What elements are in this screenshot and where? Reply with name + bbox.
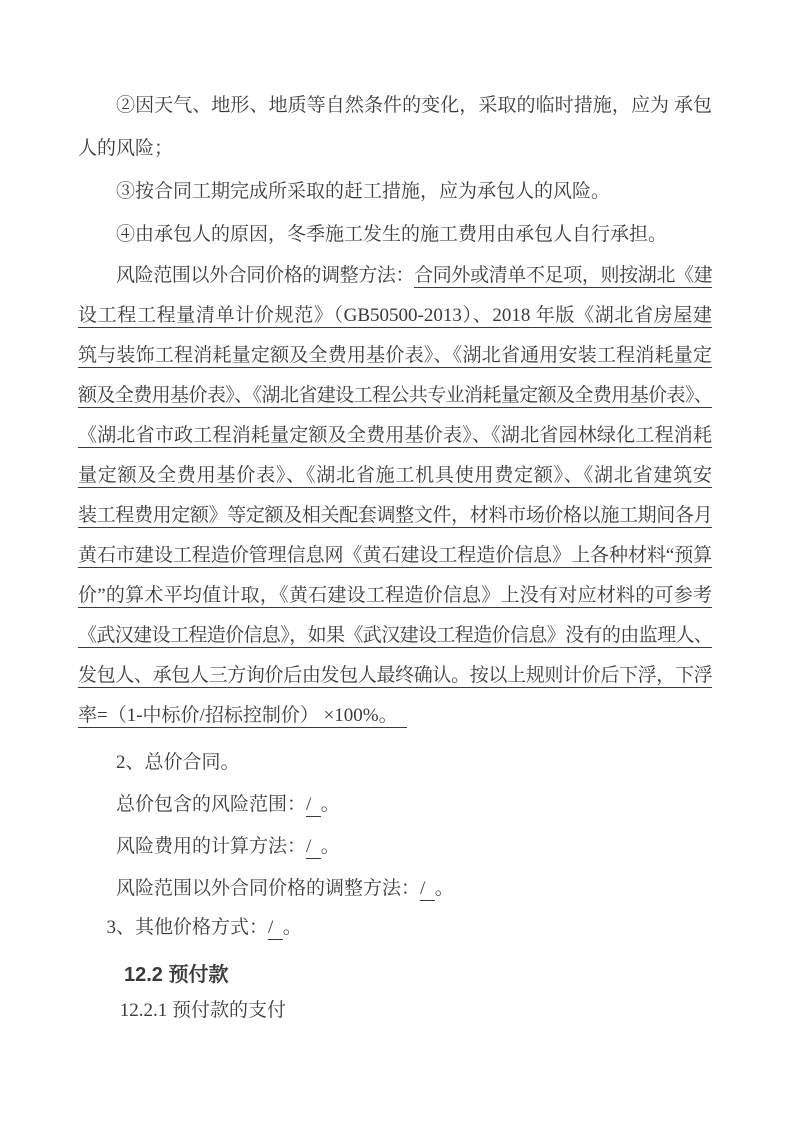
text-segment: ④由承包人的原因，冬季施工发生的施工费用由承包人自行承担。 (116, 224, 667, 245)
text-segment: 人的风险； (78, 138, 173, 159)
text-line: 总价包含的风险范围：/ 。 (78, 784, 712, 826)
underlined-text: 《武汉建设工程造价信息》，如果《武汉建设工程造价信息》没有的由监理人、 (78, 625, 712, 648)
text-line: 2、总价合同。 (78, 742, 712, 784)
underlined-text: 量定额及全费用基价表》、《湖北省施工机具使用费定额》、《湖北省建筑安 (78, 465, 712, 488)
price-adjustment-method-paragraph: 风险范围以外合同价格的调整方法：合同外或清单不足项，则按湖北《建设工程工程量清单… (78, 256, 712, 736)
text-line: 3、其他价格方式：/ 。 (78, 910, 712, 946)
document-page: ②因天气、地形、地质等自然条件的变化，采取的临时措施，应为 承包人的风险；③按合… (0, 0, 793, 1123)
text-line: 发包人、承包人三方询价后由发包人最终确认。按以上规则计价后下浮，下浮 (78, 656, 712, 696)
underlined-text: 筑与装饰工程消耗量定额及全费用基价表》、《湖北省通用安装工程消耗量定 (78, 345, 712, 368)
text-line: 人的风险； (78, 127, 712, 170)
text-line: 设工程工程量清单计价规范》（GB50500-2013）、2018 年版《湖北省房… (78, 296, 712, 336)
text-line: 12.2.1 预付款的支付 (78, 992, 712, 1030)
underlined-text: 发包人、承包人三方询价后由发包人最终确认。按以上规则计价后下浮，下浮 (78, 665, 712, 688)
text-segment: 风险范围以外合同价格的调整方法： (116, 265, 414, 286)
fill-in-blank: / (306, 794, 321, 817)
document-content: ②因天气、地形、地质等自然条件的变化，采取的临时措施，应为 承包人的风险；③按合… (78, 84, 712, 1030)
text-segment: 风险费用的计算方法： (116, 836, 306, 857)
underlined-text: 价”的算术平均值计取，《黄石建设工程造价信息》上没有对应材料的可参考 (78, 585, 712, 608)
heading-12-2-1-advance-payment-terms: 12.2.1 预付款的支付 (78, 992, 712, 1030)
underlined-text: 装工程费用定额》等定额及相关配套调整文件，材料市场价格以施工期间各月 (78, 505, 712, 528)
underlined-text: 设工程工程量清单计价规范》（GB50500-2013）、2018 年版《湖北省房… (78, 305, 712, 328)
text-segment: ③按合同工期完成所采取的赶工措施，应为承包人的风险。 (116, 181, 610, 202)
text-line: 率=（1-中标价/招标控制价） ×100%。 (78, 696, 712, 736)
text-segment: 总价包含的风险范围： (116, 794, 306, 815)
text-line: 量定额及全费用基价表》、《湖北省施工机具使用费定额》、《湖北省建筑安 (78, 456, 712, 496)
fill-in-blank: / (306, 836, 321, 859)
text-line: 《武汉建设工程造价信息》，如果《武汉建设工程造价信息》没有的由监理人、 (78, 616, 712, 656)
heading-12-2-advance-payment: 12.2 预付款 (78, 958, 712, 992)
underlined-text: 《湖北省市政工程消耗量定额及全费用基价表》、《湖北省园林绿化工程消耗 (78, 425, 712, 448)
text-line: ④由承包人的原因，冬季施工发生的施工费用由承包人自行承担。 (78, 213, 712, 256)
clause-weather-risk: ②因天气、地形、地质等自然条件的变化，采取的临时措施，应为 承包人的风险； (78, 84, 712, 170)
underlined-text: 合同外或清单不足项，则按湖北《建 (414, 265, 712, 288)
text-line: ②因天气、地形、地质等自然条件的变化，采取的临时措施，应为 承包 (78, 84, 712, 127)
text-segment: 。 (321, 794, 340, 815)
text-line: 12.2 预付款 (78, 958, 712, 992)
underlined-text: 额及全费用基价表》、《湖北省建设工程公共专业消耗量定额及全费用基价表》、 (78, 385, 712, 408)
text-segment: 3、其他价格方式： (107, 917, 269, 938)
text-segment: 风险范围以外合同价格的调整方法： (116, 878, 420, 899)
fill-in-blank: / (268, 917, 283, 940)
text-line: 《湖北省市政工程消耗量定额及全费用基价表》、《湖北省园林绿化工程消耗 (78, 416, 712, 456)
underlined-text: 黄石市建设工程造价管理信息网《黄石建设工程造价信息》上各种材料“预算 (78, 545, 712, 568)
text-line: 黄石市建设工程造价管理信息网《黄石建设工程造价信息》上各种材料“预算 (78, 536, 712, 576)
text-line: 价”的算术平均值计取，《黄石建设工程造价信息》上没有对应材料的可参考 (78, 576, 712, 616)
underlined-text: 率=（1-中标价/招标控制价） ×100%。 (78, 705, 407, 728)
clause-winter-construction-cost: ④由承包人的原因，冬季施工发生的施工费用由承包人自行承担。 (78, 213, 712, 256)
clause-rush-work-risk: ③按合同工期完成所采取的赶工措施，应为承包人的风险。 (78, 170, 712, 213)
text-line: 风险费用的计算方法：/ 。 (78, 826, 712, 868)
text-segment: 。 (435, 878, 454, 899)
text-line: 风险范围以外合同价格的调整方法：合同外或清单不足项，则按湖北《建 (78, 256, 712, 296)
text-segment: 12.2.1 预付款的支付 (120, 1000, 286, 1021)
text-segment: ②因天气、地形、地质等自然条件的变化，采取的临时措施，应为 承包 (116, 95, 712, 116)
text-line: 额及全费用基价表》、《湖北省建设工程公共专业消耗量定额及全费用基价表》、 (78, 376, 712, 416)
text-segment: 2、总价合同。 (116, 752, 240, 773)
item-2-lump-sum-contract: 2、总价合同。总价包含的风险范围：/ 。风险费用的计算方法：/ 。风险范围以外合… (78, 742, 712, 910)
text-line: ③按合同工期完成所采取的赶工措施，应为承包人的风险。 (78, 170, 712, 213)
text-line: 筑与装饰工程消耗量定额及全费用基价表》、《湖北省通用安装工程消耗量定 (78, 336, 712, 376)
text-segment: 。 (283, 917, 302, 938)
text-line: 装工程费用定额》等定额及相关配套调整文件，材料市场价格以施工期间各月 (78, 496, 712, 536)
item-3-other-price-method: 3、其他价格方式：/ 。 (78, 910, 712, 946)
text-segment: 12.2 预付款 (124, 964, 228, 986)
text-line: 风险范围以外合同价格的调整方法：/ 。 (78, 868, 712, 910)
fill-in-blank: / (420, 878, 435, 901)
text-segment: 。 (321, 836, 340, 857)
